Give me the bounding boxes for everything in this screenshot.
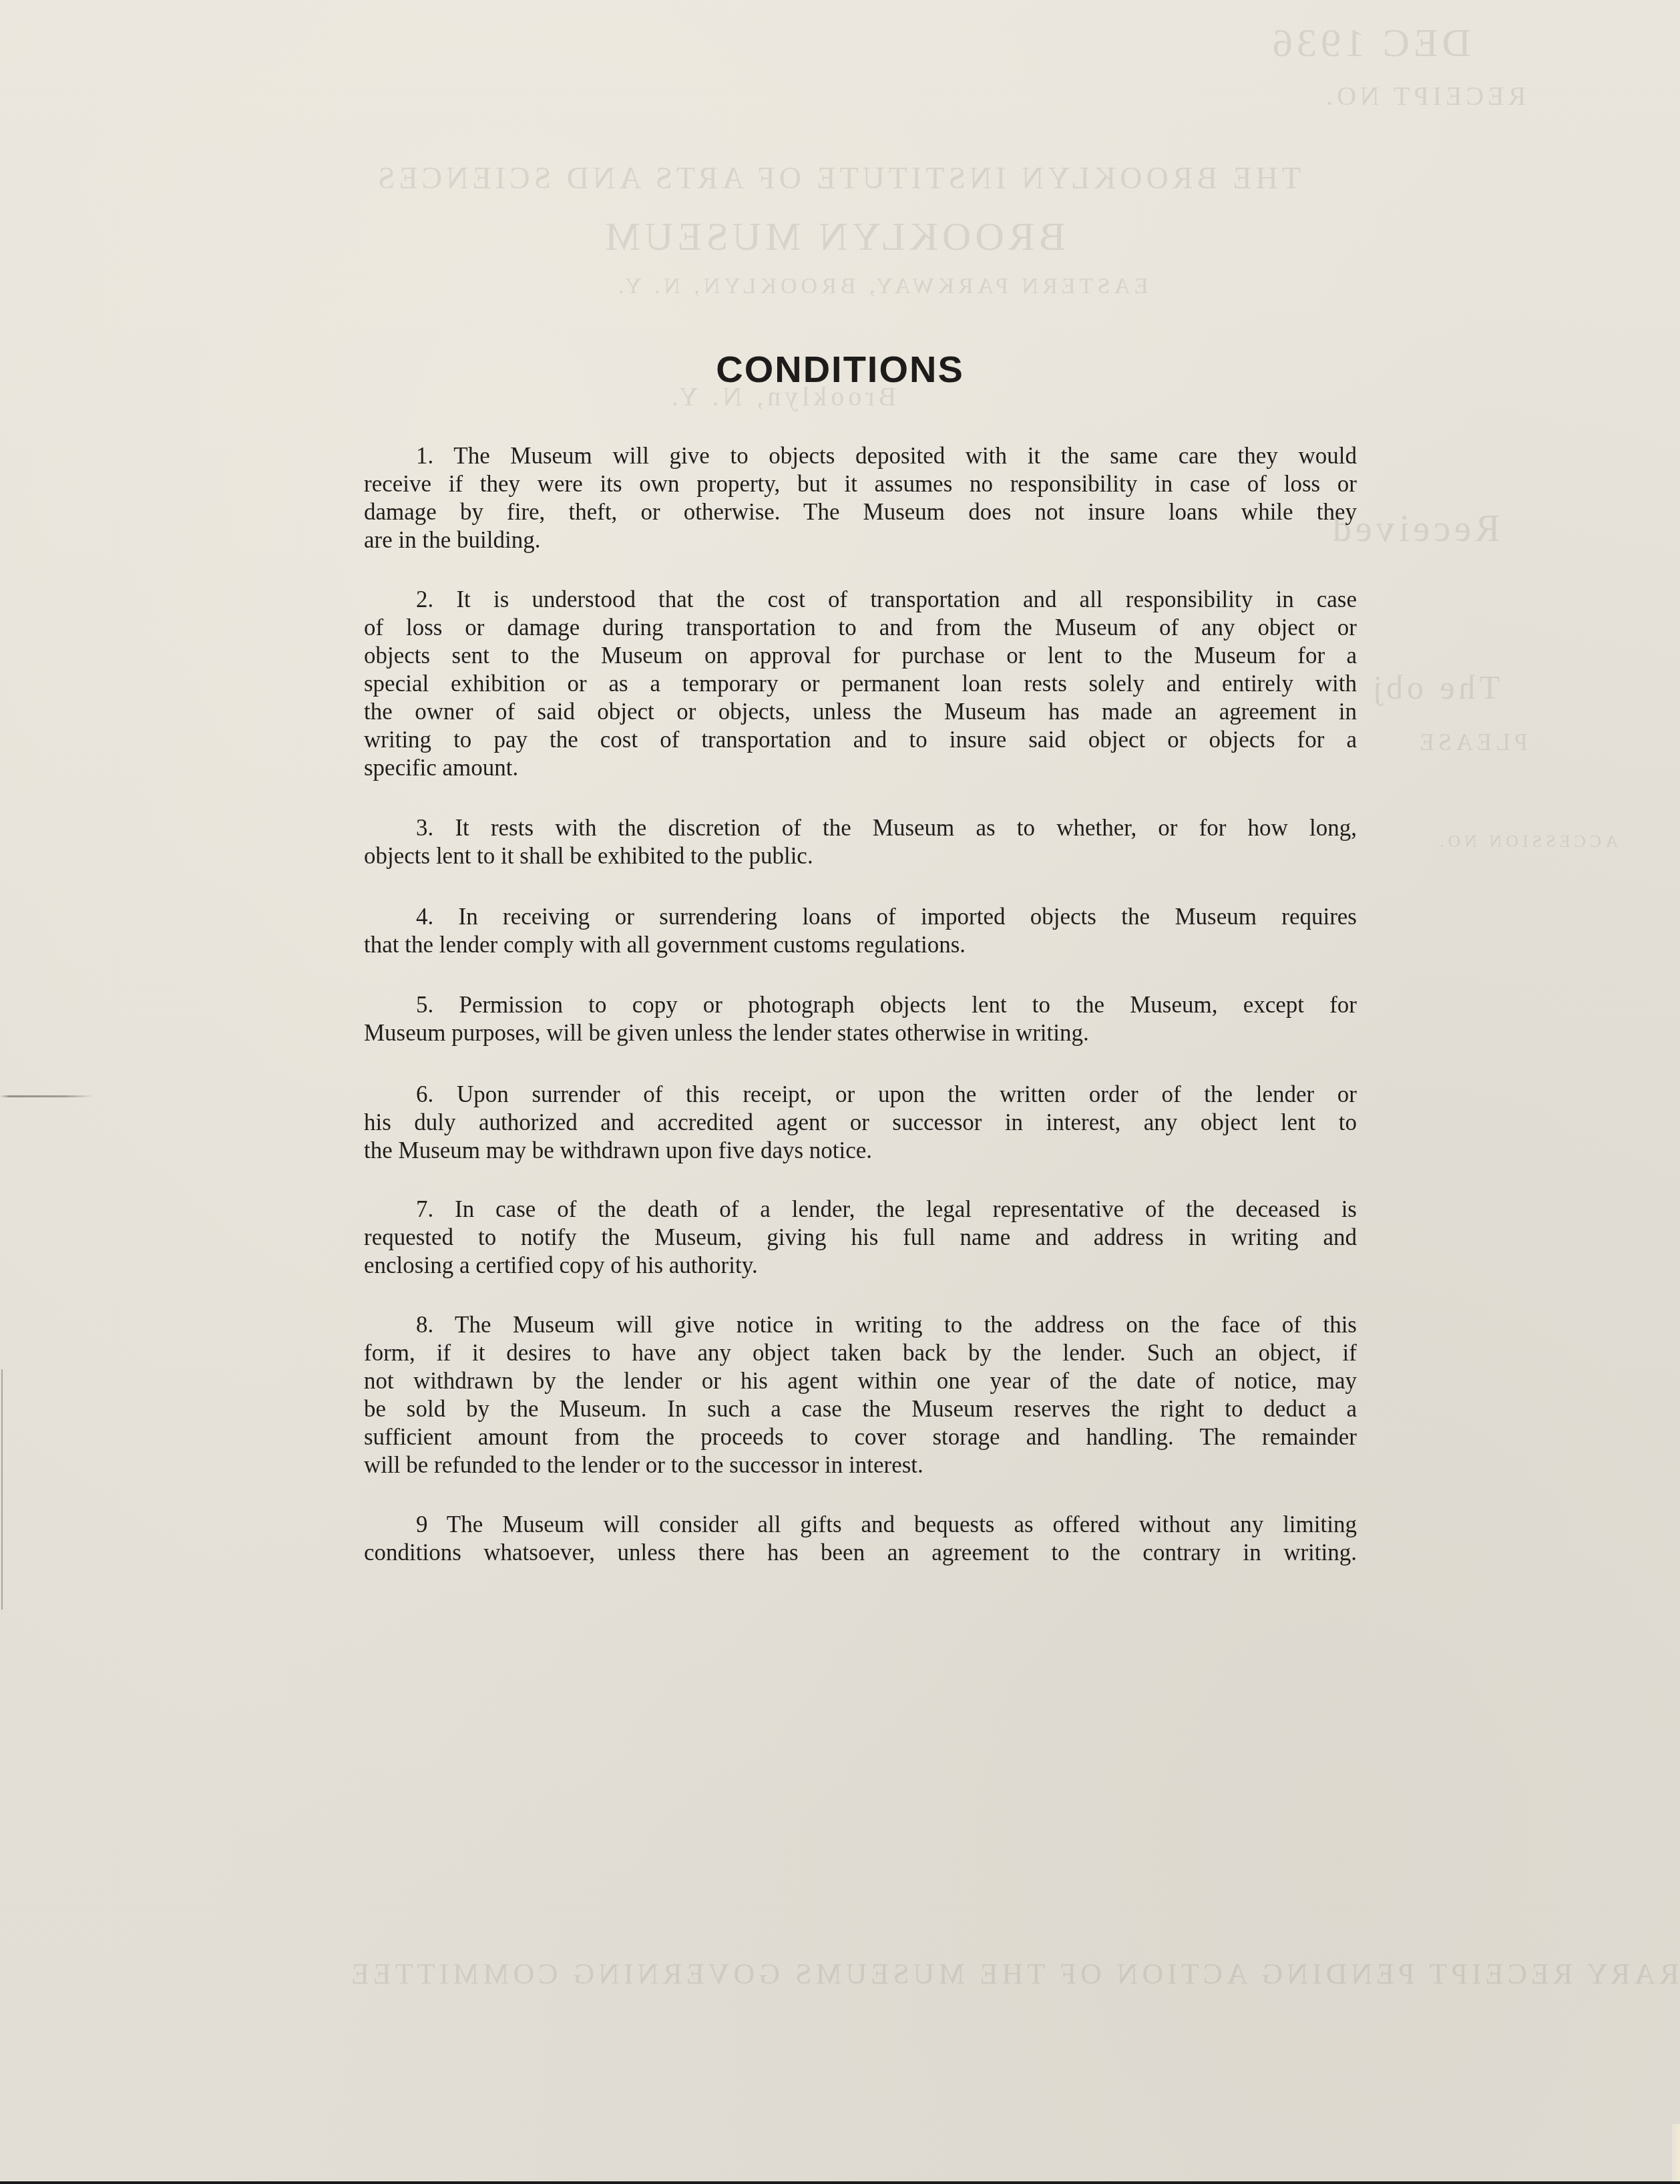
text-line: of loss or damage during transportation …: [364, 614, 1357, 642]
text-line: the owner of said object or objects, unl…: [364, 698, 1357, 726]
text-line: 9 The Museum will consider all gifts and…: [364, 1511, 1357, 1539]
condition-6: 6. Upon surrender of this receipt, or up…: [364, 1081, 1357, 1165]
condition-5: 5. Permission to copy or photograph obje…: [364, 991, 1357, 1047]
text-line: Museum purposes, will be given unless th…: [364, 1019, 1357, 1047]
text-line: that the lender comply with all governme…: [364, 931, 1357, 959]
condition-1: 1. The Museum will give to objects depos…: [364, 442, 1357, 554]
condition-9: 9 The Museum will consider all gifts and…: [364, 1511, 1357, 1567]
text-line: 3. It rests with the discretion of the M…: [364, 814, 1357, 842]
text-line: the Museum may be withdrawn upon five da…: [364, 1137, 1357, 1165]
text-line: 1. The Museum will give to objects depos…: [364, 442, 1357, 470]
text-line: 6. Upon surrender of this receipt, or up…: [364, 1081, 1357, 1109]
text-line: 7. In case of the death of a lender, the…: [364, 1196, 1357, 1224]
text-line: special exhibition or as a temporary or …: [364, 670, 1357, 698]
text-line: will be refunded to the lender or to the…: [364, 1451, 1357, 1479]
text-line: 4. In receiving or surrendering loans of…: [364, 903, 1357, 931]
text-line: are in the building.: [364, 526, 1357, 554]
text-line: 5. Permission to copy or photograph obje…: [364, 991, 1357, 1019]
text-line: his duly authorized and accredited agent…: [364, 1109, 1357, 1137]
paper-corner: [1672, 2124, 1680, 2184]
condition-3: 3. It rests with the discretion of the M…: [364, 814, 1357, 870]
text-line: be sold by the Museum. In such a case th…: [364, 1395, 1357, 1423]
text-line: 2. It is understood that the cost of tra…: [364, 586, 1357, 614]
text-line: writing to pay the cost of transportatio…: [364, 726, 1357, 754]
page-title: CONDITIONS: [0, 347, 1680, 391]
text-line: enclosing a certified copy of his author…: [364, 1252, 1357, 1280]
paper-edge-mark: [1, 1369, 3, 1610]
text-line: objects sent to the Museum on approval f…: [364, 642, 1357, 670]
condition-8: 8. The Museum will give notice in writin…: [364, 1311, 1357, 1479]
text-line: 8. The Museum will give notice in writin…: [364, 1311, 1357, 1339]
text-line: requested to notify the Museum, giving h…: [364, 1224, 1357, 1252]
text-line: not withdrawn by the lender or his agent…: [364, 1367, 1357, 1395]
scan-border: [0, 2181, 1680, 2184]
condition-4: 4. In receiving or surrendering loans of…: [364, 903, 1357, 959]
text-line: form, if it desires to have any object t…: [364, 1339, 1357, 1367]
text-line: conditions whatsoever, unless there has …: [364, 1539, 1357, 1567]
condition-7: 7. In case of the death of a lender, the…: [364, 1196, 1357, 1280]
text-line: receive if they were its own property, b…: [364, 470, 1357, 498]
text-line: sufficient amount from the proceeds to c…: [364, 1423, 1357, 1451]
text-line: damage by fire, theft, or otherwise. The…: [364, 498, 1357, 526]
text-line: specific amount.: [364, 754, 1357, 782]
paper-crease: [0, 1095, 93, 1097]
text-line: objects lent to it shall be exhibited to…: [364, 842, 1357, 870]
condition-2: 2. It is understood that the cost of tra…: [364, 586, 1357, 782]
